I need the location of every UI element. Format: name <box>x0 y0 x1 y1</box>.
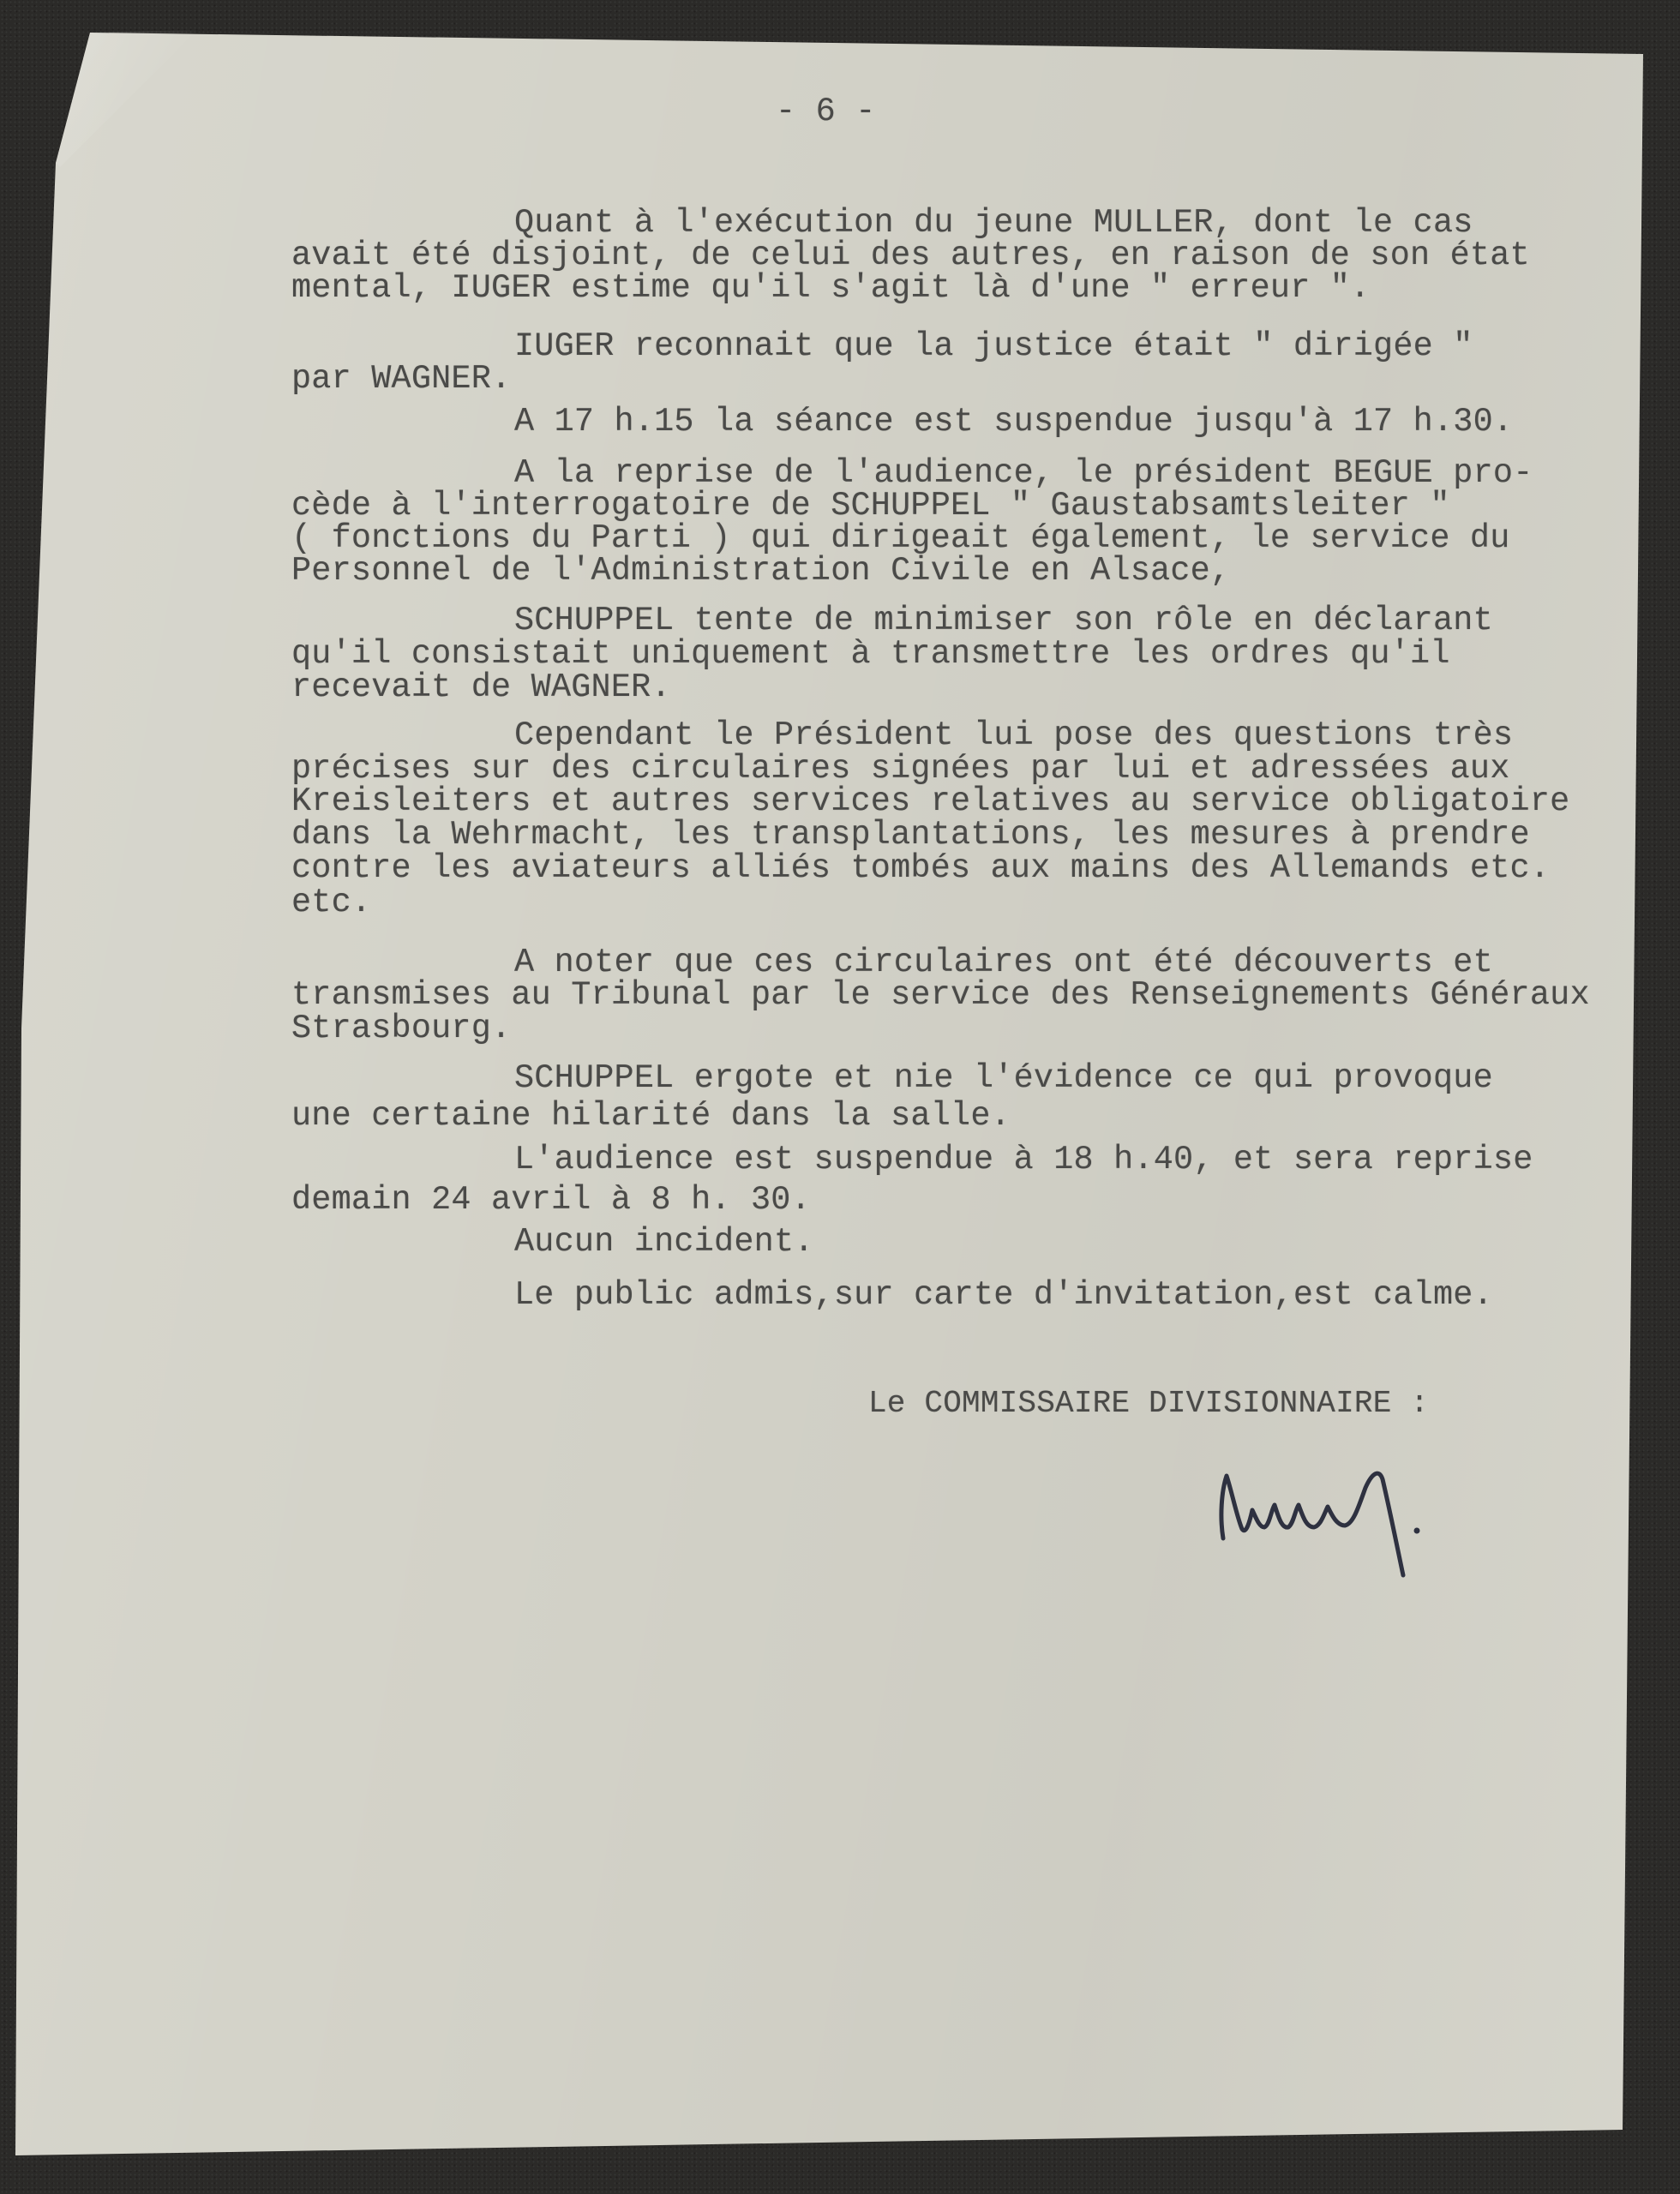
text-line: Kreisleiters et autres services relative… <box>291 784 1569 818</box>
text-line: Aucun incident. <box>514 1225 814 1259</box>
text-line: ( fonctions du Parti ) qui dirigeait éga… <box>291 521 1510 555</box>
text-line: recevait de WAGNER. <box>291 670 671 704</box>
page-number: - 6 - <box>776 94 876 129</box>
text-line: transmises au Tribunal par le service de… <box>291 978 1590 1012</box>
text-line: contre les aviateurs alliés tombés aux m… <box>291 851 1550 885</box>
text-line: IUGER reconnait que la justice était " d… <box>514 329 1473 363</box>
text-line: A la reprise de l'audience, le président… <box>514 456 1533 490</box>
text-line: Cependant le Président lui pose des ques… <box>514 718 1513 752</box>
text-line: cède à l'interrogatoire de SCHUPPEL " Ga… <box>291 489 1450 523</box>
text-line: précises sur des circulaires signées par… <box>291 752 1510 786</box>
text-line: mental, IUGER estime qu'il s'agit là d'u… <box>291 271 1370 305</box>
text-line: A 17 h.15 la séance est suspendue jusqu'… <box>514 405 1513 439</box>
text-line: qu'il consistait uniquement à transmettr… <box>291 637 1450 671</box>
text-line: une certaine hilarité dans la salle. <box>291 1099 1011 1133</box>
handwritten-signature-icon <box>1213 1457 1487 1586</box>
signatory-title: Le COMMISSAIRE DIVISIONNAIRE : <box>868 1387 1429 1421</box>
text-line: par WAGNER. <box>291 362 511 396</box>
text-line: avait été disjoint, de celui des autres,… <box>291 238 1530 273</box>
text-line: dans la Wehrmacht, les transplantations,… <box>291 818 1530 852</box>
text-line: Le public admis,sur carte d'invitation,e… <box>514 1278 1493 1312</box>
text-line: SCHUPPEL tente de minimiser son rôle en … <box>514 603 1493 638</box>
text-line: L'audience est suspendue à 18 h.40, et s… <box>514 1142 1533 1177</box>
text-line: Personnel de l'Administration Civile en … <box>291 554 1230 588</box>
text-line: Strasbourg. <box>291 1011 511 1046</box>
text-line: A noter que ces circulaires ont été déco… <box>514 945 1493 980</box>
text-line: etc. <box>291 885 371 920</box>
text-line: SCHUPPEL ergote et nie l'évidence ce qui… <box>514 1061 1493 1095</box>
text-line: Quant à l'exécution du jeune MULLER, don… <box>514 206 1473 240</box>
text-line: demain 24 avril à 8 h. 30. <box>291 1183 811 1217</box>
